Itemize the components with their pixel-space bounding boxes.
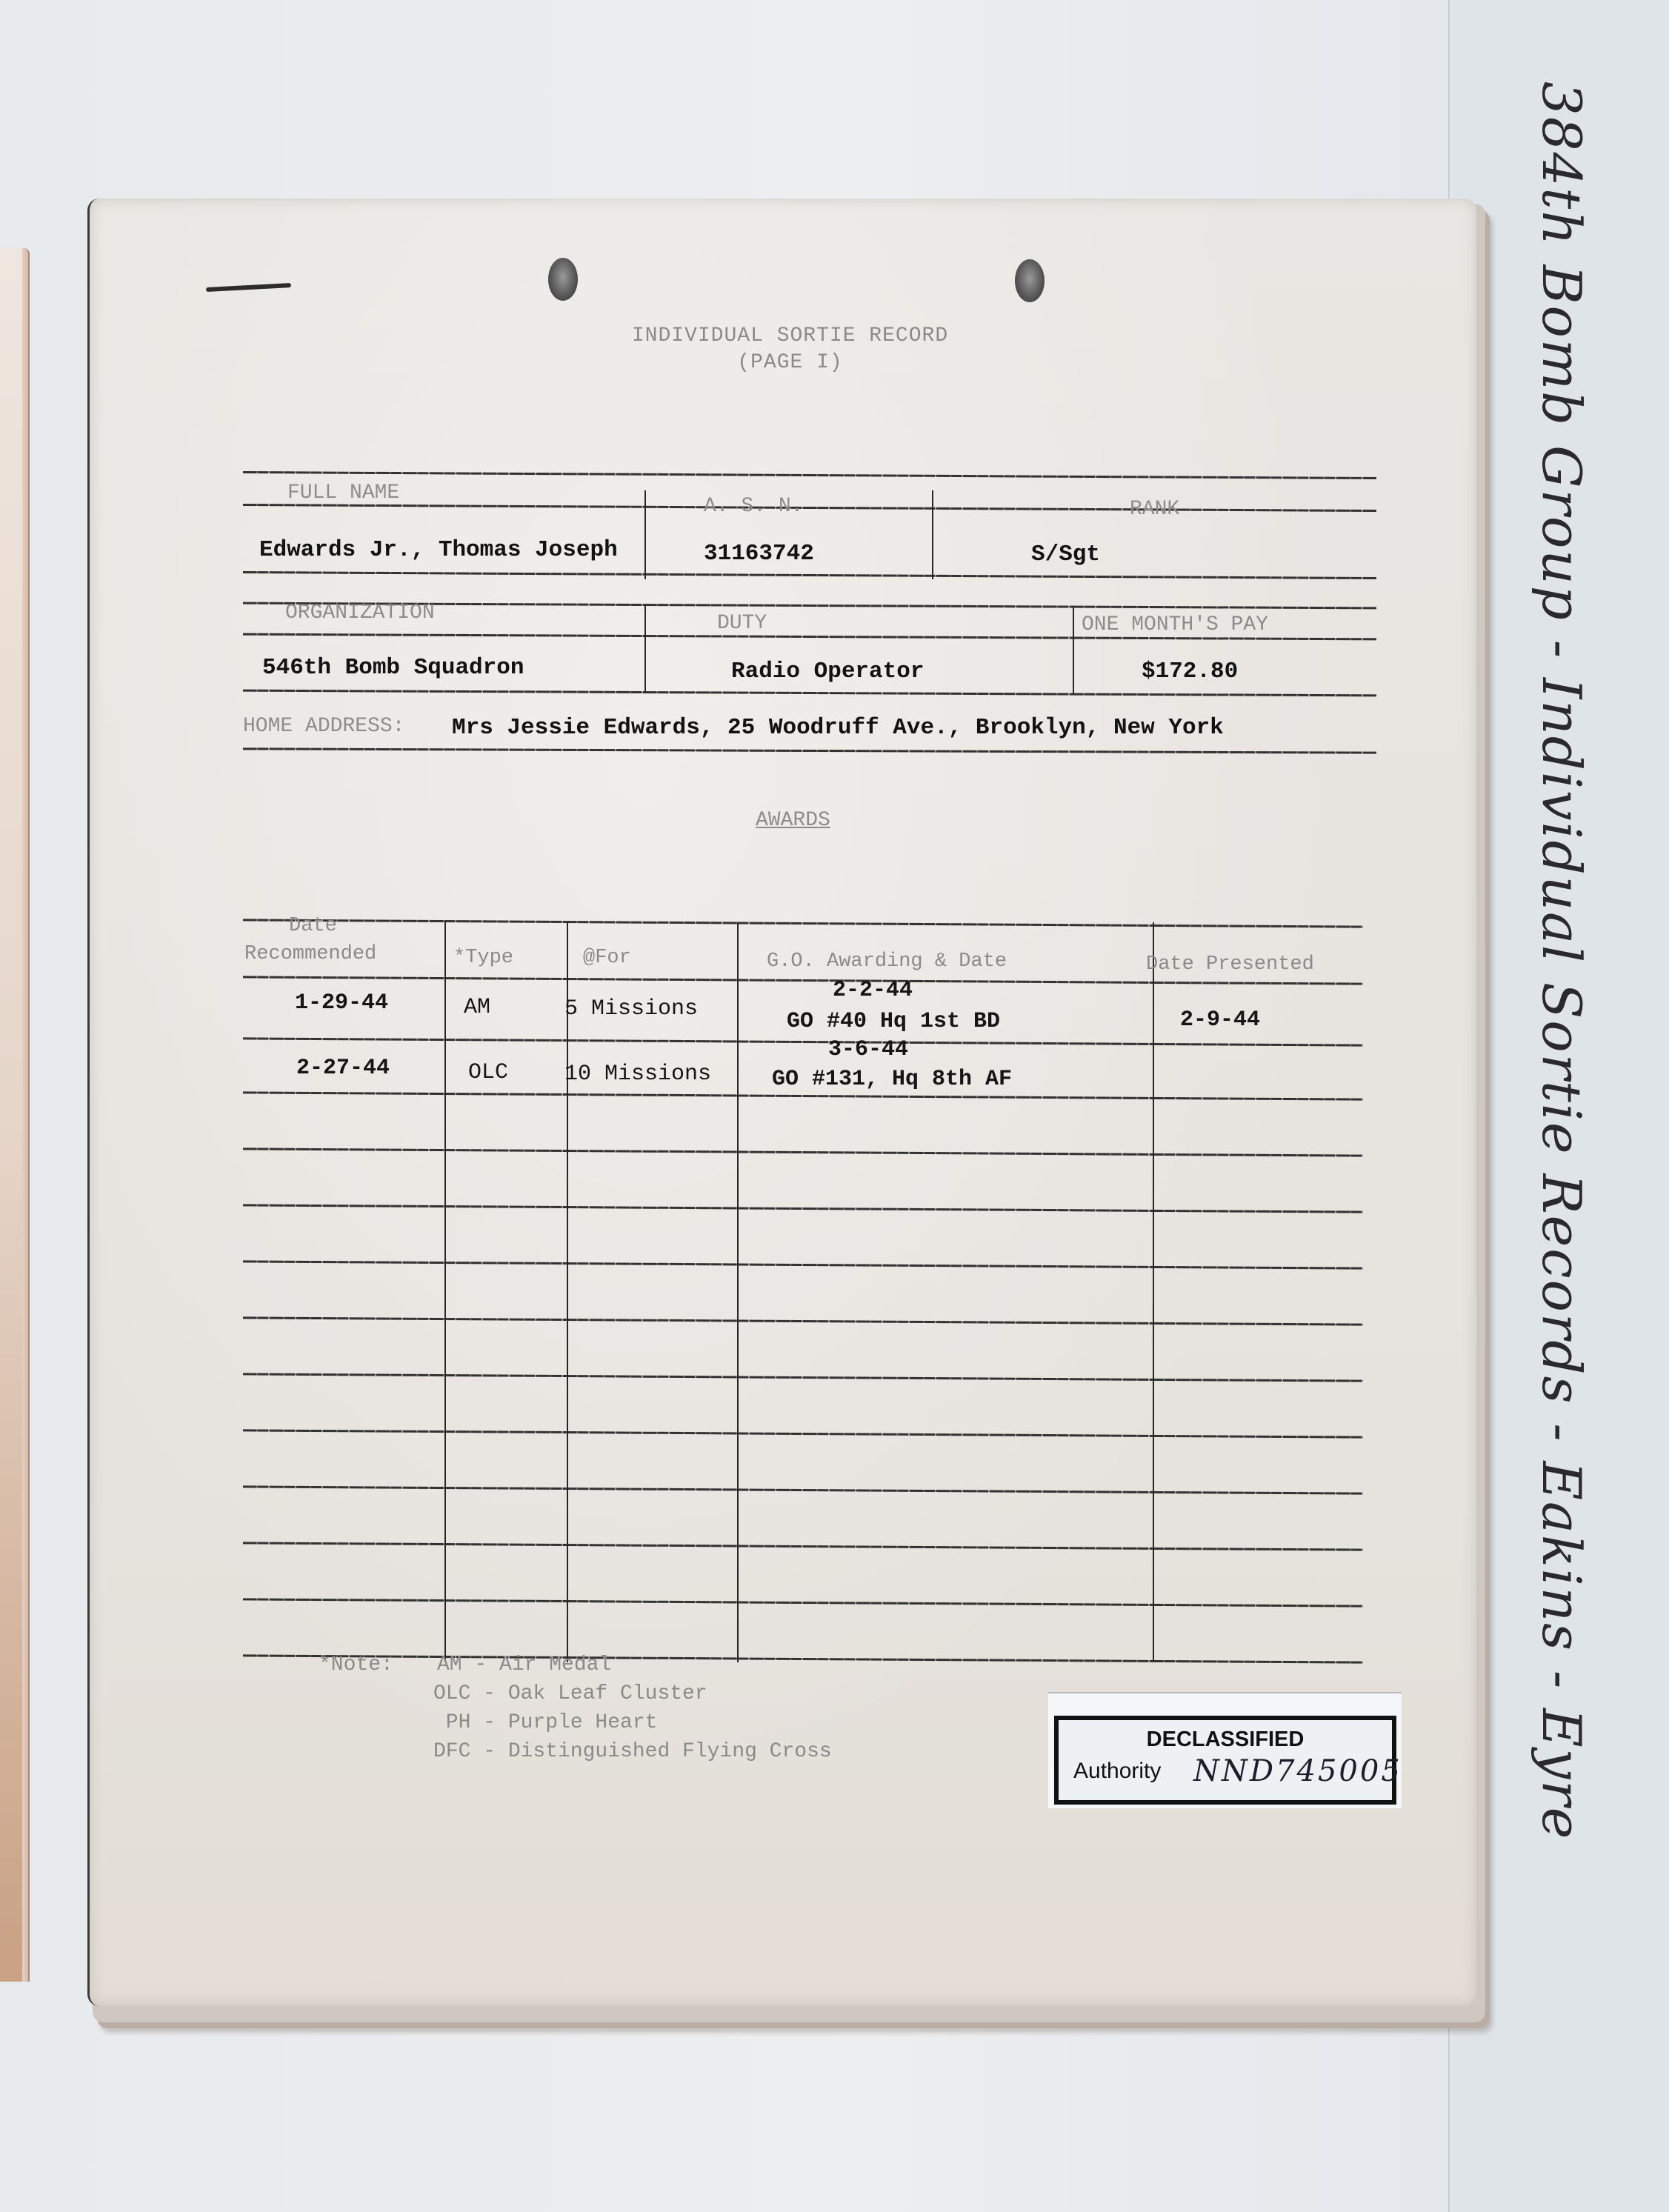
declassified-stamp-box: DECLASSIFIED Authority NND745005 (1054, 1716, 1396, 1805)
note-item-dfc: DFC - Distinguished Flying Cross (433, 1737, 832, 1766)
punch-hole-right (1015, 259, 1045, 302)
col-header-date-recommended-2: Recommended (244, 943, 376, 965)
row2-date-recommended: 2-27-44 (296, 1056, 390, 1081)
table-column-divider (444, 922, 446, 1662)
punch-hole-left (548, 258, 578, 301)
row2-go: GO #131, Hq 8th AF (772, 1067, 1012, 1092)
col-header-date-recommended-1: Date (289, 915, 337, 937)
column-divider (932, 490, 933, 579)
awards-heading: AWARDS (756, 809, 830, 832)
row1-for: 5 Missions (564, 996, 698, 1022)
document-subtitle: (PAGE I) (0, 351, 1625, 374)
table-column-divider (1153, 922, 1154, 1662)
row2-go-date: 3-6-44 (828, 1037, 908, 1062)
full-name-label: FULL NAME (287, 482, 399, 504)
rank-value: S/Sgt (1031, 542, 1100, 567)
note-item-olc: OLC - Oak Leaf Cluster (433, 1679, 707, 1708)
table-column-divider (567, 922, 568, 1662)
row1-date-recommended: 1-29-44 (295, 990, 388, 1016)
asn-label: A. S. N. (704, 495, 803, 518)
authority-label: Authority (1073, 1759, 1161, 1784)
row2-type: OLC (468, 1060, 508, 1085)
col-header-date-presented: Date Presented (1146, 953, 1314, 976)
duty-value: Radio Operator (731, 659, 924, 684)
asn-value: 31163742 (704, 541, 814, 567)
col-header-go: G.O. Awarding & Date (767, 950, 1007, 973)
declassified-title: DECLASSIFIED (1059, 1728, 1392, 1752)
rank-label: RANK (1130, 498, 1179, 521)
column-divider (1073, 606, 1074, 693)
row2-for: 10 Missions (564, 1062, 711, 1087)
home-address-label: HOME ADDRESS: (243, 715, 404, 738)
pay-value: $172.80 (1142, 659, 1238, 684)
organization-label: ORGANIZATION (285, 602, 435, 624)
notes-label: *Note: (319, 1650, 393, 1679)
note-item-ph: PH - Purple Heart (433, 1708, 657, 1737)
organization-value: 546th Bomb Squadron (262, 655, 524, 681)
row1-type: AM (464, 995, 490, 1020)
pay-label: ONE MONTH'S PAY (1082, 613, 1268, 636)
row1-date-presented: 2-9-44 (1180, 1007, 1260, 1033)
duty-label: DUTY (717, 612, 767, 635)
row1-go: GO #40 Hq 1st BD (787, 1009, 1000, 1034)
home-address-value: Mrs Jessie Edwards, 25 Woodruff Ave., Br… (452, 715, 1224, 741)
column-divider (644, 606, 646, 693)
declassified-stamp: DECLASSIFIED Authority NND745005 (1048, 1692, 1402, 1808)
col-header-for: @For (583, 947, 631, 969)
full-name-value: Edwards Jr., Thomas Joseph (259, 537, 618, 563)
adjacent-folder-inner (0, 248, 22, 1982)
table-column-divider (737, 922, 739, 1662)
document-title: INDIVIDUAL SORTIE RECORD (0, 324, 1625, 347)
col-header-type: *Type (453, 947, 513, 969)
note-item-am: AM - Air Medal (437, 1650, 611, 1679)
authority-value: NND745005 (1193, 1754, 1402, 1788)
column-divider (644, 490, 646, 579)
row1-go-date: 2-2-44 (833, 978, 913, 1003)
